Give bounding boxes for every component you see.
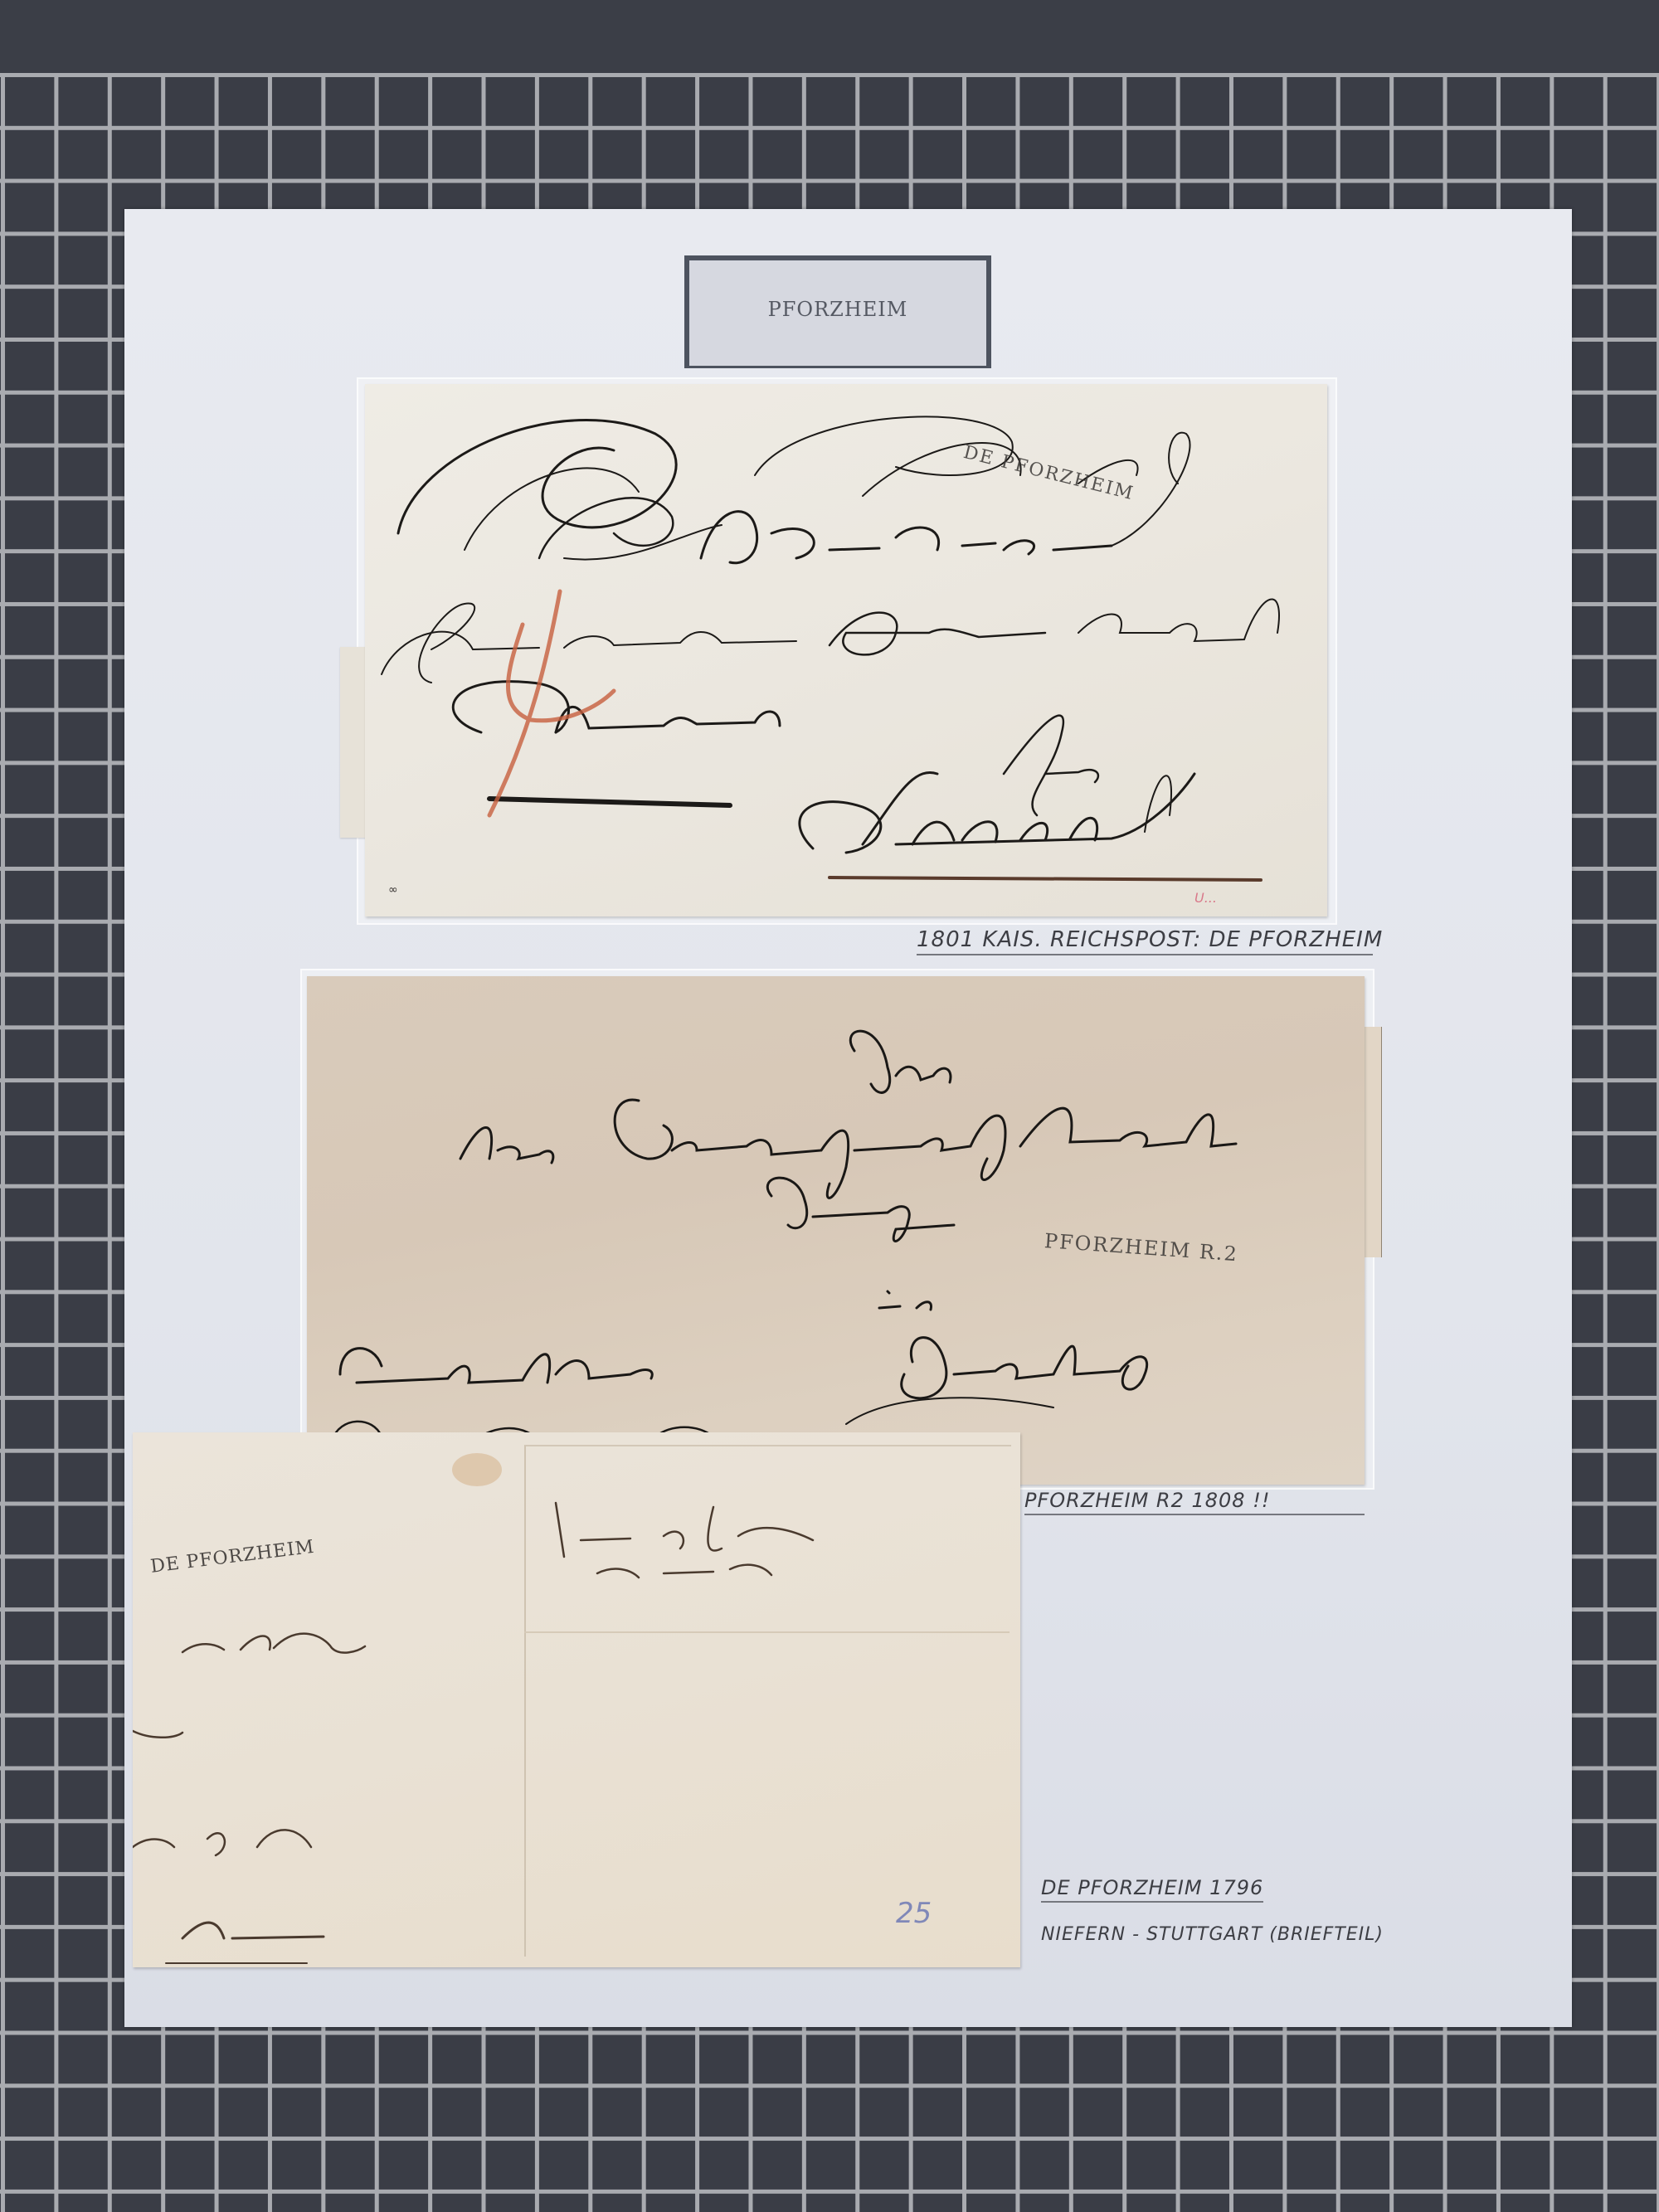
cover-2-calligraphy [307, 976, 1365, 1485]
page-title-label: PFORZHEIM [684, 255, 991, 368]
cover-3-caption-line-2: NIEFERN - STUTTGART (BRIEFTEIL) [1041, 1924, 1384, 1947]
cover-1-envelope[interactable]: DE PFORZHEIM U... ∞ [365, 384, 1327, 916]
page-title: PFORZHEIM [689, 298, 986, 321]
cover-2-caption: PFORZHEIM R2 1808 !! [1024, 1489, 1365, 1515]
cover-3-pencil-number: 25 [896, 1897, 932, 1930]
cover-1-corner-mark: ∞ [388, 883, 398, 897]
cover-2-envelope[interactable]: PFORZHEIM R.2 [307, 976, 1365, 1485]
cover-1-caption: 1801 KAIS. REICHSPOST: DE PFORZHEIM [917, 927, 1373, 955]
cover-3-letter-part[interactable]: DE PFORZHEIM und Herren berg u. Teck Stu… [133, 1432, 1020, 1967]
rate-marking [489, 591, 614, 815]
cutting-mat-top [0, 0, 1659, 73]
cover-3-caption-line-1: DE PFORZHEIM 1796 [1041, 1876, 1263, 1903]
cover-1-pencil-note: U... [1194, 890, 1217, 906]
cover-1-calligraphy [365, 384, 1327, 916]
